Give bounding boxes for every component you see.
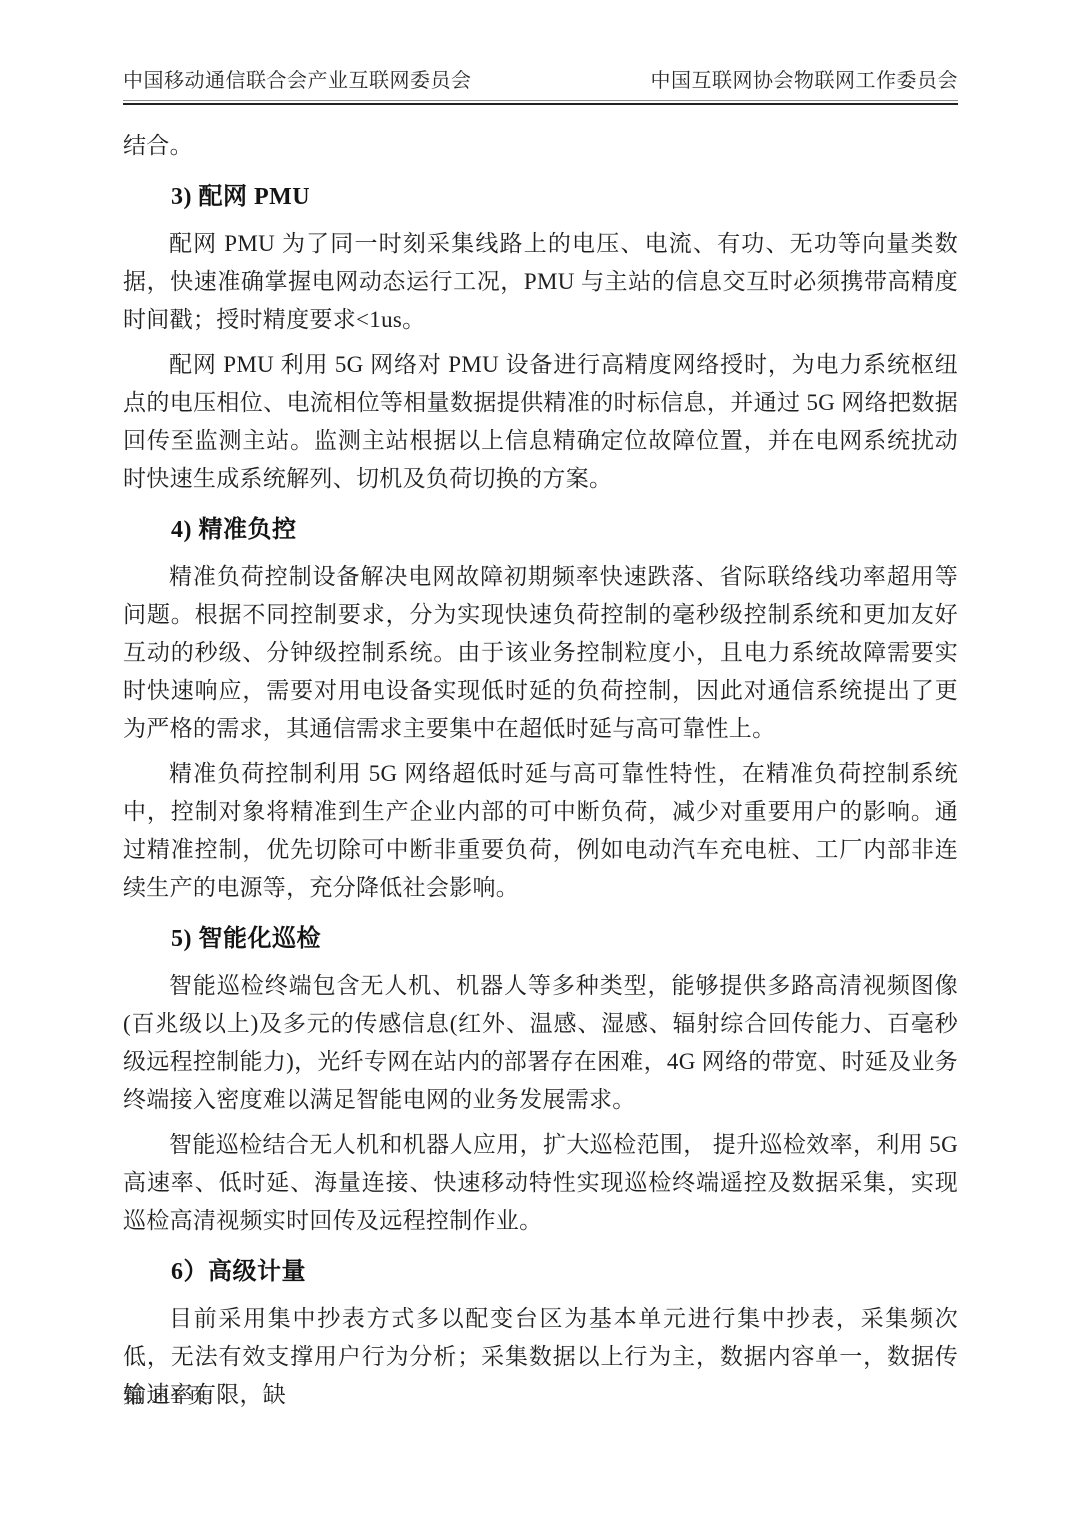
header-left-org: 中国移动通信联合会产业互联网委员会 (123, 66, 472, 96)
section-heading-4-precise-load-control: 4) 精准负控 (123, 511, 958, 549)
page-number: 第 111 页 (123, 1381, 209, 1411)
section-heading-5-intelligent-inspection: 5) 智能化巡检 (123, 920, 958, 958)
section-heading-3-distribution-pmu: 3) 配网 PMU (123, 178, 958, 216)
document-page: 中国移动通信联合会产业互联网委员会 中国互联网协会物联网工作委员会 结合。 3)… (0, 0, 1080, 1527)
paragraph: 精准负荷控制利用 5G 网络超低时延与高可靠性特性，在精准负荷控制系统中，控制对… (123, 755, 958, 907)
header-right-org: 中国互联网协会物联网工作委员会 (651, 66, 959, 96)
paragraph: 智能巡检结合无人机和机器人应用，扩大巡检范围， 提升巡检效率，利用 5G 高速率… (123, 1126, 958, 1240)
header-rule (123, 100, 958, 105)
paragraph: 精准负荷控制设备解决电网故障初期频率快速跌落、省际联络线功率超用等问题。根据不同… (123, 558, 958, 748)
page-header: 中国移动通信联合会产业互联网委员会 中国互联网协会物联网工作委员会 (123, 66, 958, 96)
paragraph-continuation: 结合。 (123, 127, 958, 165)
paragraph: 目前采用集中抄表方式多以配变台区为基本单元进行集中抄表，采集频次低，无法有效支撑… (123, 1300, 958, 1414)
paragraph: 配网 PMU 利用 5G 网络对 PMU 设备进行高精度网络授时，为电力系统枢纽… (123, 346, 958, 498)
section-heading-6-advanced-metering: 6）高级计量 (123, 1253, 958, 1291)
paragraph: 配网 PMU 为了同一时刻采集线路上的电压、电流、有功、无功等向量类数据，快速准… (123, 225, 958, 339)
document-body: 结合。 3) 配网 PMU 配网 PMU 为了同一时刻采集线路上的电压、电流、有… (123, 127, 958, 1421)
paragraph: 智能巡检终端包含无人机、机器人等多种类型，能够提供多路高清视频图像(百兆级以上)… (123, 967, 958, 1119)
